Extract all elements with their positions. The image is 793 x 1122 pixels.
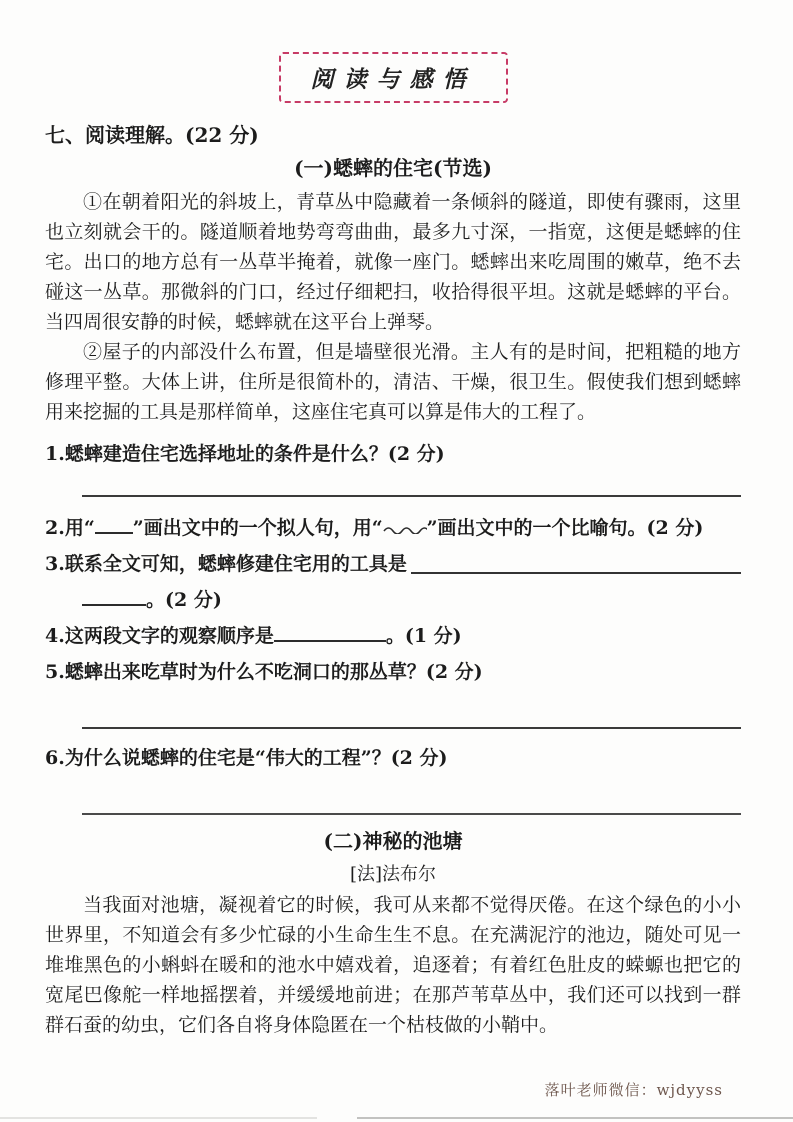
header-badge-wrap: 阅读与感悟 [45, 52, 741, 103]
question-3-suffix: 。(2 分) [146, 589, 222, 611]
question-2: 2.用“”画出文中的一个拟人句，用“”画出文中的一个比喻句。(2 分) [45, 513, 741, 543]
question-4-text: 4.这两段文字的观察顺序是 [45, 625, 274, 647]
section-heading: 七、阅读理解。(22 分) [45, 119, 741, 148]
question-3-continued: 。(2 分) [82, 585, 741, 615]
question-5: 5.蟋蟀出来吃草时为什么不吃洞口的那丛草？(2 分) [45, 657, 741, 687]
question-2-text-b: ”画出文中的一个拟人句，用“ [133, 517, 383, 539]
question-2-text-c: ”画出文中的一个比喻句。(2 分) [427, 517, 704, 539]
question-3-text: 3.联系全文可知，蟋蟀修建住宅用的工具是 [45, 549, 407, 579]
passage2-paragraph-1: 当我面对池塘，凝视着它的时候，我可从来都不觉得厌倦。在这个绿色的小小世界里，不知… [45, 890, 741, 1040]
answer-line-q5 [82, 687, 741, 729]
passage1-paragraph-2: ②屋子的内部没什么布置，但是墙壁很光滑。主人有的是时间，把粗糙的地方修理平整。大… [45, 337, 741, 427]
passage1-body: ①在朝着阳光的斜坡上，青草丛中隐藏着一条倾斜的隧道，即使有骤雨，这里也立刻就会干… [45, 187, 741, 427]
question-2-text-a: 2.用“ [45, 517, 95, 539]
footer-watermark: 落叶老师微信：wjdyyss [545, 1079, 723, 1100]
passage1-paragraph-1: ①在朝着阳光的斜坡上，青草丛中隐藏着一条倾斜的隧道，即使有骤雨，这里也立刻就会干… [45, 187, 741, 337]
answer-line-q1 [82, 469, 741, 497]
question-1: 1.蟋蟀建造住宅选择地址的条件是什么？(2 分) [45, 439, 741, 469]
worksheet-page: 阅读与感悟 七、阅读理解。(22 分) (一)蟋蟀的住宅(节选) ①在朝着阳光的… [0, 0, 793, 1122]
scan-artifact-line-right [357, 1117, 793, 1119]
question-4-suffix: 。(1 分) [386, 625, 462, 647]
passage2-author: [法]法布尔 [45, 860, 741, 886]
scan-artifact-line-left [0, 1117, 317, 1119]
answer-line-q6 [82, 773, 741, 815]
wavy-underline-blank [383, 513, 427, 543]
section-badge: 阅读与感悟 [279, 52, 508, 103]
straight-underline-blank [95, 518, 133, 534]
passage2-body: 当我面对池塘，凝视着它的时候，我可从来都不觉得厌倦。在这个绿色的小小世界里，不知… [45, 890, 741, 1040]
passage1-title: (一)蟋蟀的住宅(节选) [45, 152, 741, 181]
inline-blank-q4 [274, 626, 386, 642]
passage2-title: (二)神秘的池塘 [45, 825, 741, 854]
question-6: 6.为什么说蟋蟀的住宅是“伟大的工程”？(2 分) [45, 743, 741, 773]
question-4: 4.这两段文字的观察顺序是。(1 分) [45, 621, 741, 651]
inline-blank-q3b [82, 590, 146, 606]
inline-blank-q3 [411, 572, 741, 574]
question-3: 3.联系全文可知，蟋蟀修建住宅用的工具是 [45, 549, 741, 579]
